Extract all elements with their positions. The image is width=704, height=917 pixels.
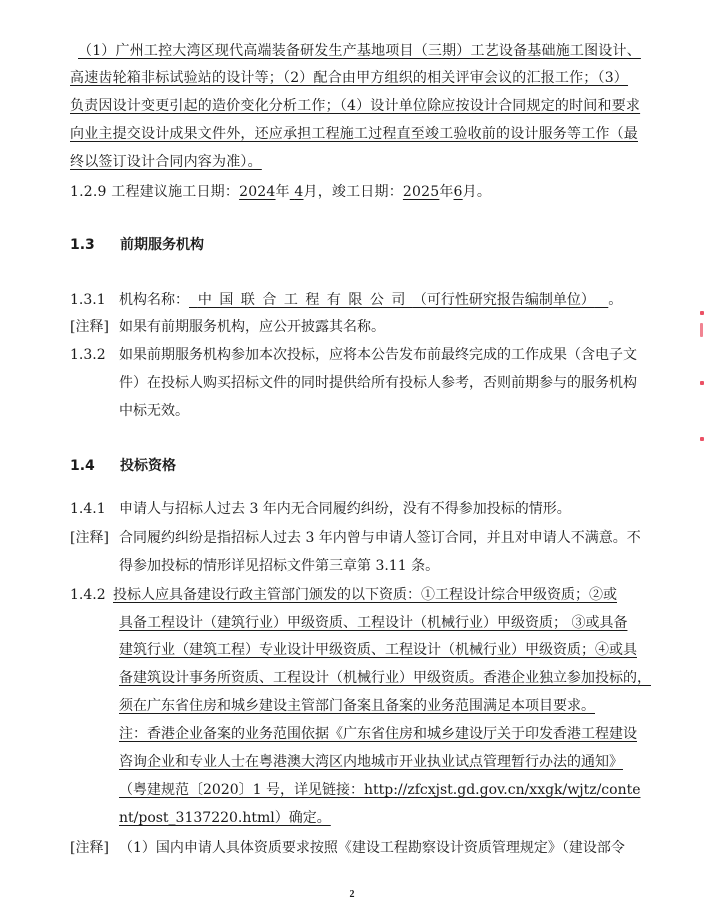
start-month-value: 4 — [290, 184, 304, 200]
org-name-label: 机构名称： — [119, 292, 189, 308]
item-number: 1.2.9 — [70, 184, 107, 200]
section-title: 前期服务机构 — [120, 236, 204, 254]
item-1-4-1-text: 申请人与招标人过去 3 年内无合同履约纠纷，没有不得参加投标的情形。 — [119, 500, 571, 518]
item-number-1-3-1: 1.3.1 — [70, 291, 106, 309]
note-line: 合同履约纠纷是指招标人过去 3 年内曾与申请人签订合同，并且对申请人不满意。不 — [119, 529, 641, 547]
item-1-4-2-line: 注：香港企业备案的业务范围依据《广东省住房和城乡建设厅关于印发香港工程建设 — [119, 725, 637, 743]
section-title: 投标资格 — [120, 457, 176, 475]
item-1-4-2-line: 具备工程设计（建筑行业）甲级资质、工程设计（机械行业）甲级资质； ③或具备 — [119, 614, 627, 632]
month-unit: 月， — [304, 184, 332, 200]
seal-fragment — [700, 323, 703, 337]
note-tag: [注释] — [70, 318, 109, 336]
start-year-value: 2024 — [239, 184, 275, 200]
item-1-4-2-line: 须在广东省住房和城乡建设主管部门备案且备案的业务范围满足本项目要求。 — [119, 697, 595, 715]
section-number: 1.4 — [70, 457, 95, 475]
item-1-3-2-line: 件）在投标人购买招标文件的同时提供给所有投标人参考，否则前期参与的服务机构 — [119, 374, 637, 392]
note-text: 如果有前期服务机构，应公开披露其名称。 — [119, 318, 385, 336]
page-number: 2 — [0, 889, 704, 900]
paragraph-line: 终以签订设计合同内容为准）。 — [70, 153, 262, 171]
end-date-label: 竣工日期： — [332, 184, 403, 200]
note-tag: [注释] — [70, 839, 109, 857]
item-1-3-2-line: 如果前期服务机构参加本次投标，应将本公告发布前最终完成的工作成果（含电子文 — [119, 346, 637, 364]
item-1-3-1-body: 机构名称： 中国联合工程有限公司（可行性研究报告编制单位） 。 — [119, 291, 622, 309]
item-1-4-2-line: nt/post_3137220.html）确定。 — [119, 809, 331, 827]
paragraph-line: 负责因设计变更引起的造价变化分析工作；（4）设计单位除应按设计合同规定的时间和要… — [70, 97, 640, 115]
end-year-value: 2025 — [403, 184, 439, 200]
start-month-text: 4 — [294, 184, 303, 200]
item-1-4-2-line: 咨询企业和专业人士在粤港澳大湾区内地城市开业执业试点管理暂行办法的通知》 — [119, 753, 623, 771]
document-page: （1）广州工控大湾区现代高端装备研发生产基地项目（三期）工艺设备基础施工图设计、… — [0, 0, 704, 917]
year-unit: 年 — [276, 184, 290, 200]
end-month-value: 6 — [454, 184, 463, 200]
org-name-spaced: 中国联合工程有限公司 — [198, 292, 413, 308]
item-1-4-2-line: 建筑行业（建筑工程）专业设计甲级资质、工程设计（机械行业）甲级资质；④或具 — [119, 641, 637, 659]
item-1-4-2-line: 投标人应具备建设行政主管部门颁发的以下资质：①工程设计综合甲级资质；②或 — [113, 586, 617, 604]
seal-fragment — [700, 381, 704, 385]
end-month-unit: 月。 — [463, 184, 491, 200]
item-1-4-2-line: （粤建规范〔2020〕1 号，详见链接：http://zfcxjst.gd.go… — [119, 781, 641, 799]
org-name-suffix: （可行性研究报告编制单位） — [413, 292, 595, 308]
note-text: （1）国内申请人具体资质要求按照《建设工程勘察设计资质管理规定》（建设部令 — [119, 839, 625, 857]
item-1-4-2-line: 备建筑设计事务所资质、工程设计（机械行业）甲级资质。香港企业独立参加投标的， — [119, 669, 651, 687]
note-tag: [注释] — [70, 529, 109, 547]
seal-fragment — [700, 311, 704, 315]
item-number-1-4-2: 1.4.2 — [70, 586, 106, 604]
item-number-1-3-2: 1.3.2 — [70, 346, 106, 364]
end-year-unit: 年 — [439, 184, 453, 200]
item-number-1-4-1: 1.4.1 — [70, 500, 106, 518]
section-number: 1.3 — [70, 236, 95, 254]
paragraph-line: 高速齿轮箱非标试验站的设计等；（2）配合由甲方组织的相关评审会议的汇报工作；（3… — [70, 69, 628, 87]
paragraph-line: （1）广州工控大湾区现代高端装备研发生产基地项目（三期）工艺设备基础施工图设计、 — [78, 42, 641, 60]
note-line: 得参加投标的情形详见招标文件第三章第 3.11 条。 — [119, 557, 439, 575]
item-1-2-9: 1.2.9 工程建议施工日期：2024年 4月，竣工日期：2025年6月。 — [70, 183, 491, 201]
paragraph-line: 向业主提交设计成果文件外，还应承担工程施工过程直至竣工验收前的设计服务等工作（最 — [70, 125, 638, 143]
start-date-label: 工程建议施工日期： — [111, 184, 239, 200]
seal-fragment — [700, 437, 704, 441]
org-name-end: 。 — [608, 292, 622, 308]
org-name-value: 中国联合工程有限公司（可行性研究报告编制单位） — [189, 292, 608, 308]
item-1-3-2-line: 中标无效。 — [119, 402, 189, 420]
